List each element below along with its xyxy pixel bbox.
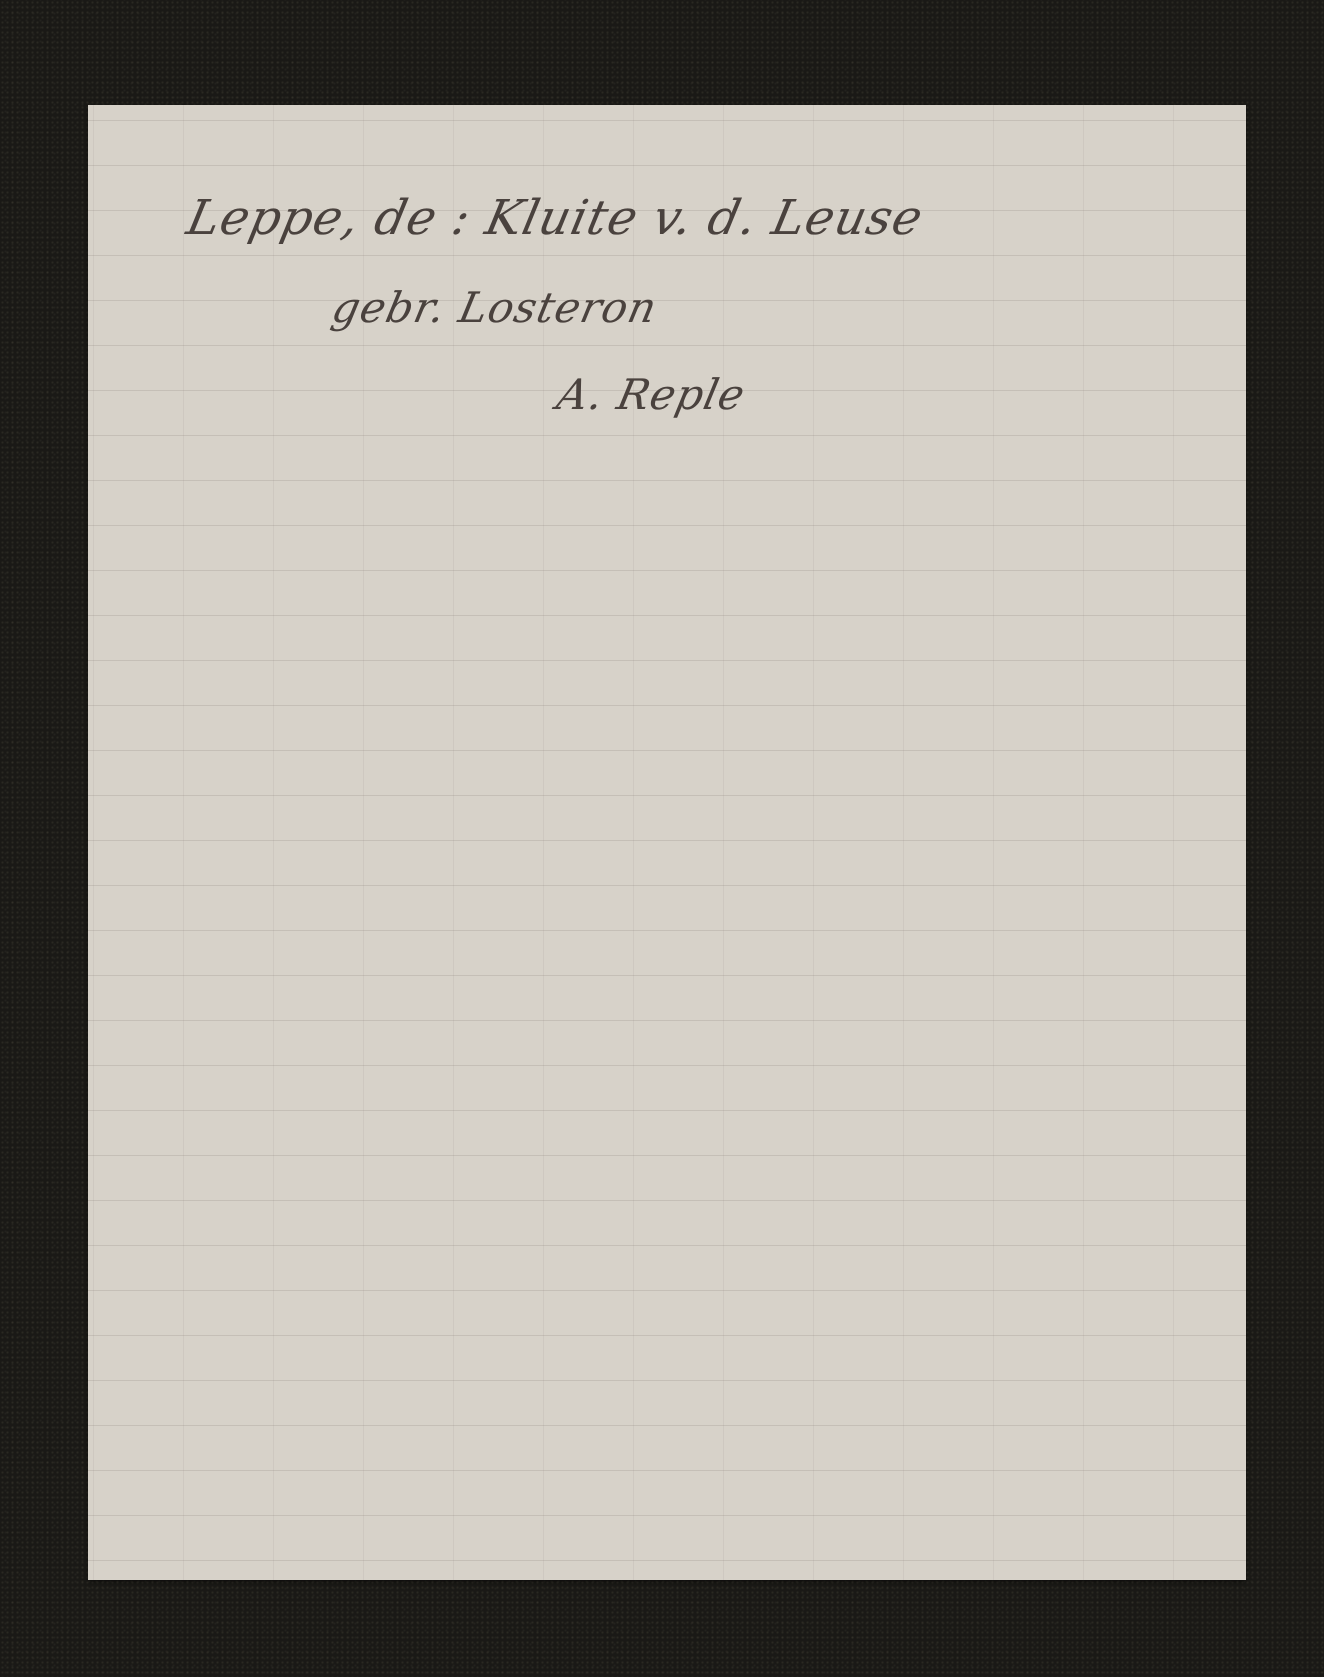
graph-paper-sheet: Leppe, de : Kluite v. d. Leuse gebr. Los… [88,105,1246,1580]
handwritten-line-2: gebr. Losteron [328,283,662,332]
handwritten-line-1: Leppe, de : Kluite v. d. Leuse [182,190,928,246]
handwritten-signature: A. Reple [553,370,750,419]
